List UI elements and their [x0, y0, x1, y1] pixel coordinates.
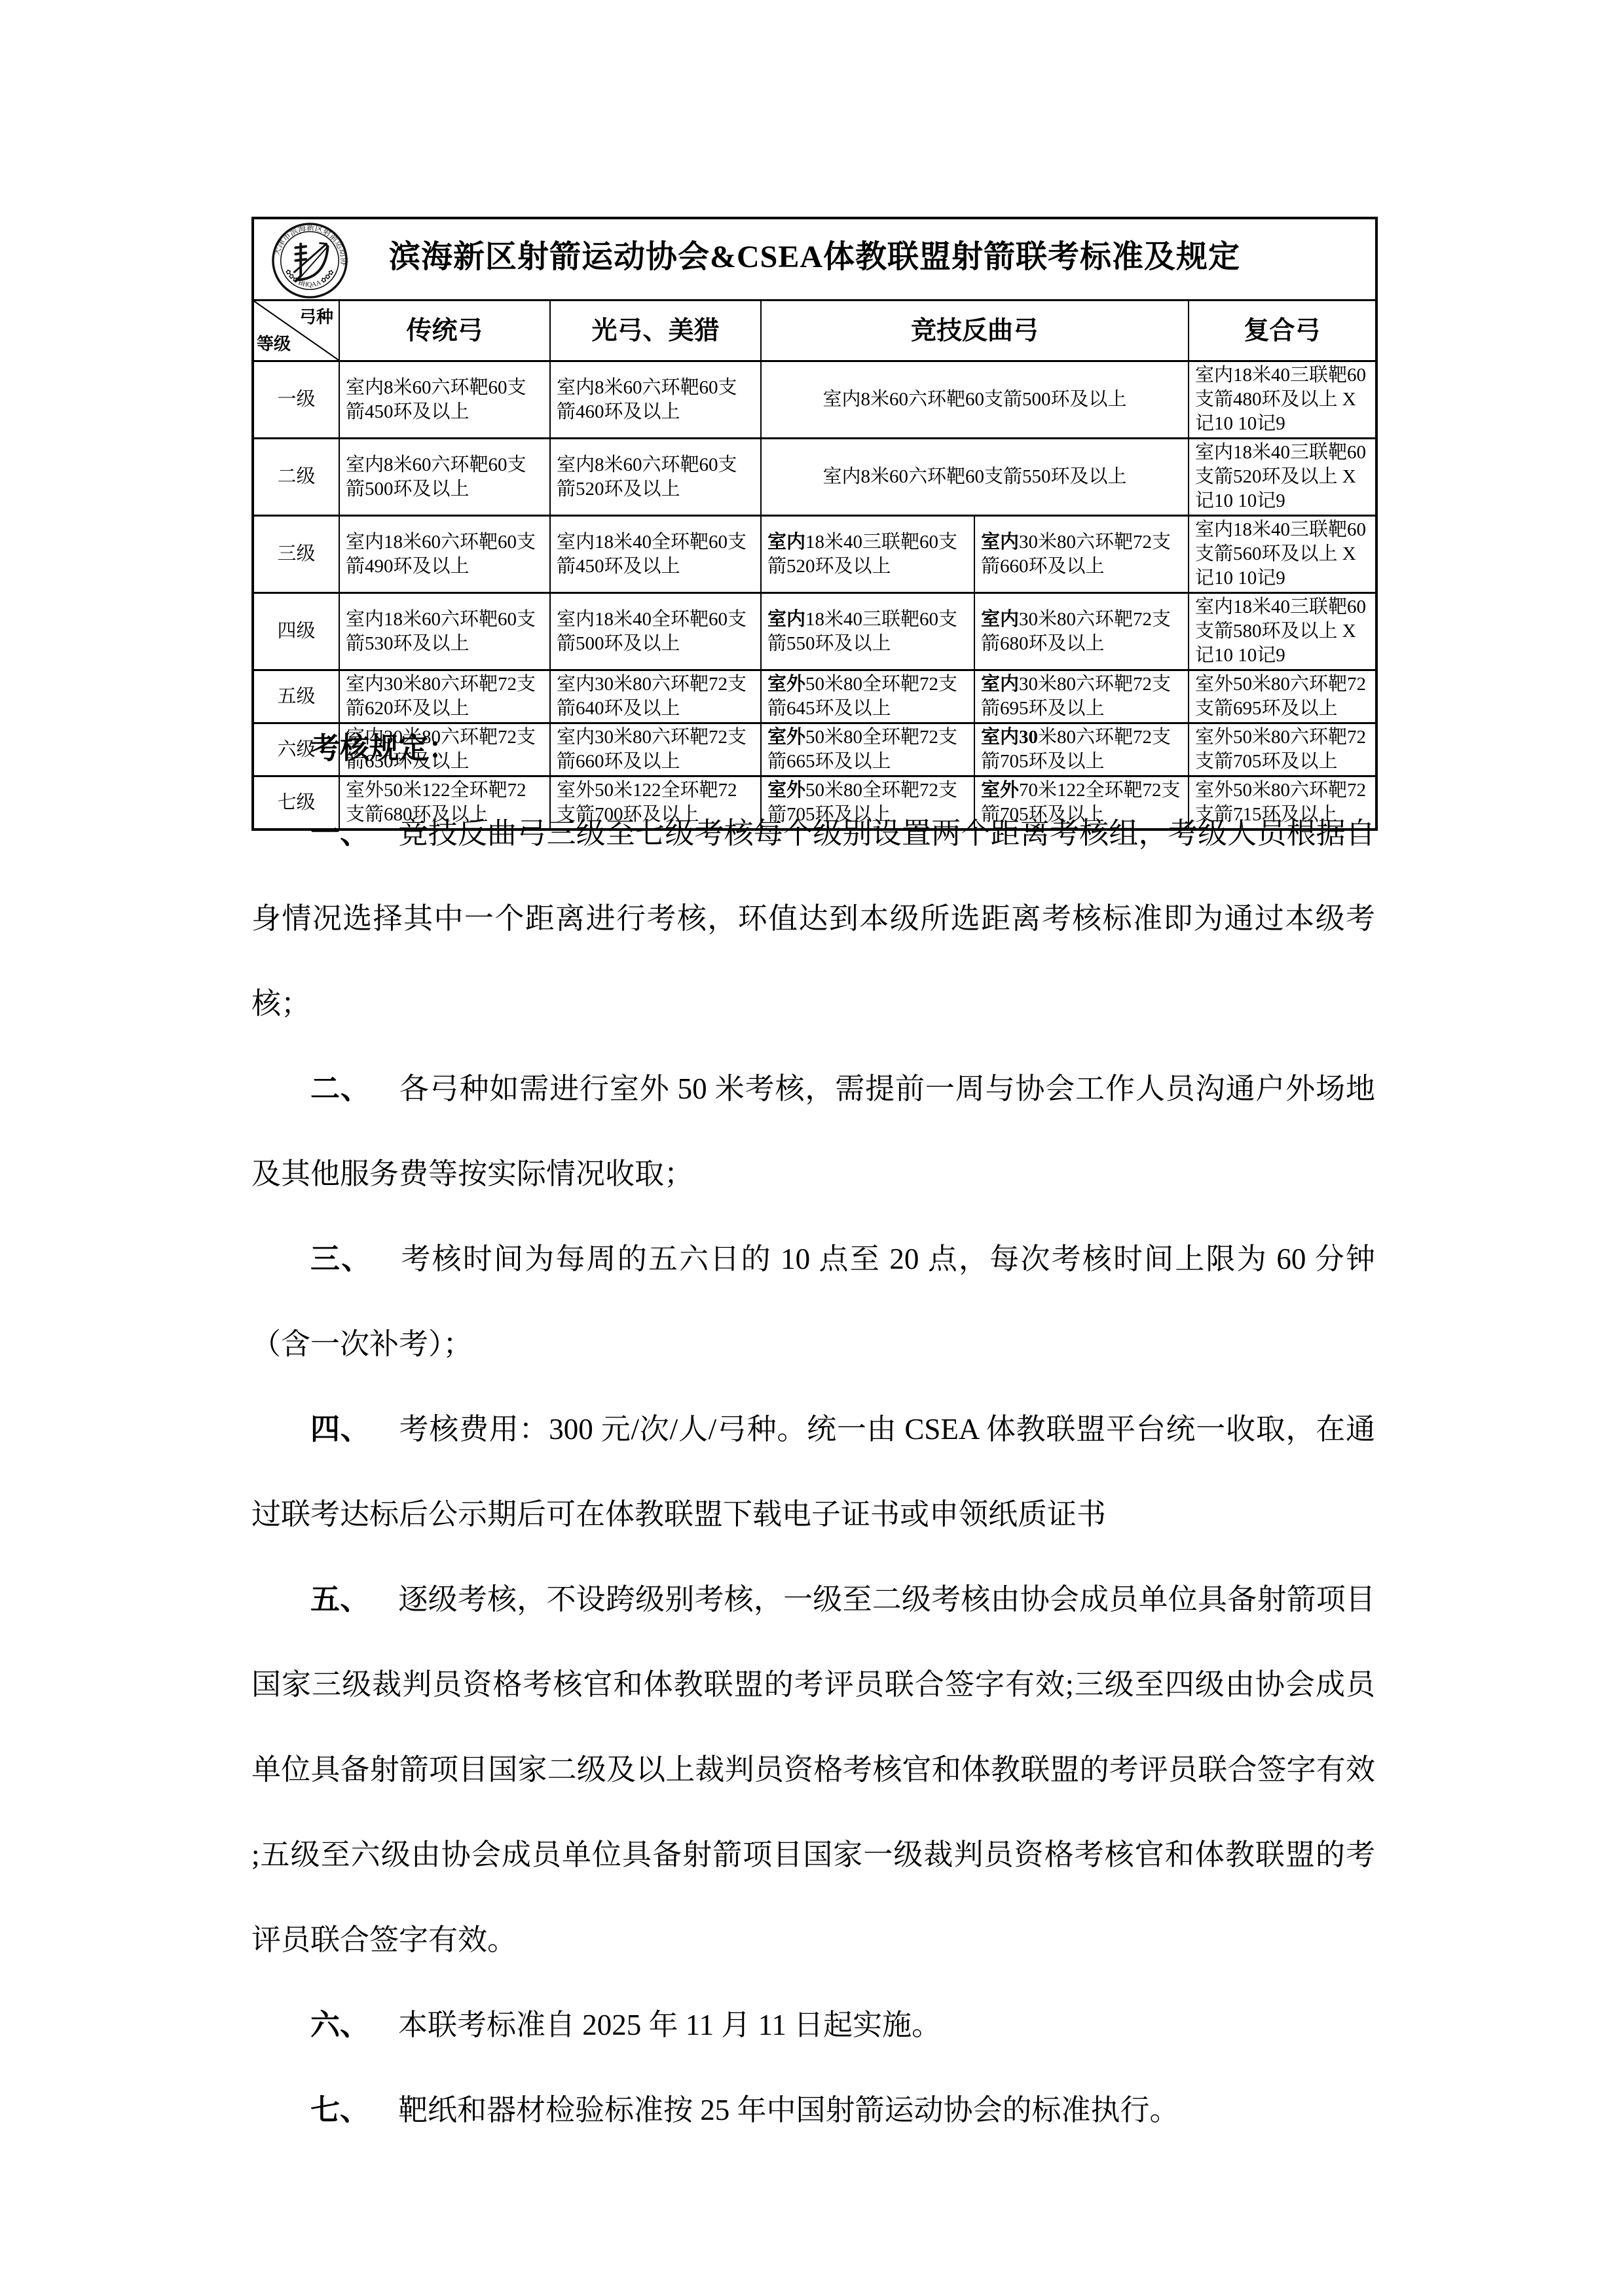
table-row-level-2: 二级 室内8米60六环靶60支箭500环及以上 室内8米60六环靶60支箭520… [253, 439, 1376, 516]
table-title-cell: 天津市滨海新区射箭运动协会 ✿✿✿ BHQAA ✿✿✿ [253, 218, 1376, 301]
item-text: 逐级考核，不设跨级别考核，一级至二级考核由协会成员单位具备射箭项目国家三级裁判员… [251, 1583, 1375, 1956]
item-number: 七、 [310, 2094, 398, 2126]
regulations-heading: 考核规定： [251, 706, 1375, 791]
recurve-option-b-cell: 室内30米80六环靶72支箭660环及以上 [974, 516, 1189, 593]
table-row-level-4: 四级 室内18米60六环靶60支箭530环及以上 室内18米40全环靶60支箭5… [253, 593, 1376, 670]
regulations-section: 考核规定： 一、竞技反曲弓三级至七级考核每个级别设置两个距离考核组，考级人员根据… [251, 706, 1375, 2153]
venue-prefix-bold: 室内 [767, 609, 805, 630]
item-number: 五、 [310, 1583, 398, 1616]
regulation-item-2: 二、各弓种如需进行室外 50 米考核，需提前一周与协会工作人员沟通户外场地及其他… [251, 1046, 1375, 1216]
regulation-item-3: 三、考核时间为每周的五六日的 10 点至 20 点，每次考核时间上限为 60 分… [251, 1216, 1375, 1387]
document-title: 滨海新区射箭运动协会&CSEA体教联盟射箭联考标准及规定 [389, 240, 1240, 274]
level-cell: 二级 [253, 439, 339, 516]
recurve-option-a-cell: 室内18米40三联靶60支箭520环及以上 [761, 516, 974, 593]
column-header-compound: 复合弓 [1189, 301, 1376, 361]
traditional-cell: 室内18米60六环靶60支箭530环及以上 [339, 593, 550, 670]
compound-cell: 室内18米40三联靶60支箭560环及以上 X记10 10记9 [1189, 516, 1376, 593]
table-title-row: 天津市滨海新区射箭运动协会 ✿✿✿ BHQAA ✿✿✿ [253, 218, 1376, 301]
document-page: 天津市滨海新区射箭运动协会 ✿✿✿ BHQAA ✿✿✿ [0, 0, 1624, 2296]
column-header-recurve: 竞技反曲弓 [761, 301, 1189, 361]
item-text: 各弓种如需进行室外 50 米考核，需提前一周与协会工作人员沟通户外场地及其他服务… [251, 1072, 1375, 1190]
table-row-level-3: 三级 室内18米60六环靶60支箭490环及以上 室内18米40全环靶60支箭4… [253, 516, 1376, 593]
recurve-cell: 室内8米60六环靶60支箭550环及以上 [761, 439, 1189, 516]
venue-prefix-bold: 室内 [981, 674, 1019, 695]
item-number: 二、 [310, 1072, 399, 1105]
item-number: 四、 [310, 1413, 399, 1446]
item-text: 本联考标准自 2025 年 11 月 11 日起实施。 [398, 2009, 941, 2041]
recurve-option-a-cell: 室内18米40三联靶60支箭550环及以上 [761, 593, 974, 670]
recurve-option-b-cell: 室内30米80六环靶72支箭680环及以上 [974, 593, 1189, 670]
compound-cell: 室内18米40三联靶60支箭520环及以上 X记10 10记9 [1189, 439, 1376, 516]
level-cell: 三级 [253, 516, 339, 593]
corner-label-level: 等级 [257, 332, 291, 356]
item-text: 靶纸和器材检验标准按 25 年中国射箭运动协会的标准执行。 [398, 2094, 1179, 2126]
item-number: 一、 [310, 817, 398, 850]
item-text: 考核费用：300 元/次/人/弓种。统一由 CSEA 体教联盟平台统一收取，在通… [251, 1413, 1375, 1531]
barebow-cell: 室内8米60六环靶60支箭520环及以上 [550, 439, 761, 516]
venue-prefix-bold: 室内 [981, 532, 1019, 553]
traditional-cell: 室内8米60六环靶60支箭450环及以上 [339, 361, 550, 439]
compound-cell: 室内18米40三联靶60支箭480环及以上 X记10 10记9 [1189, 361, 1376, 439]
venue-prefix-bold: 室内 [767, 532, 805, 553]
barebow-cell: 室内18米40全环靶60支箭450环及以上 [550, 516, 761, 593]
archer-bow-icon [294, 243, 327, 281]
item-number: 六、 [310, 2009, 398, 2041]
regulation-item-1: 一、竞技反曲弓三级至七级考核每个级别设置两个距离考核组，考级人员根据自身情况选择… [251, 791, 1375, 1046]
regulation-item-7: 七、靶纸和器材检验标准按 25 年中国射箭运动协会的标准执行。 [251, 2068, 1375, 2153]
regulation-item-5: 五、逐级考核，不设跨级别考核，一级至二级考核由协会成员单位具备射箭项目国家三级裁… [251, 1557, 1375, 1982]
barebow-cell: 室内8米60六环靶60支箭460环及以上 [550, 361, 761, 439]
table-header-row: 弓种 等级 传统弓 光弓、美猎 竞技反曲弓 复合弓 [253, 301, 1376, 361]
item-number: 三、 [310, 1243, 401, 1275]
column-header-traditional: 传统弓 [339, 301, 550, 361]
association-seal-logo: 天津市滨海新区射箭运动协会 ✿✿✿ BHQAA ✿✿✿ [271, 222, 348, 299]
compound-cell: 室内18米40三联靶60支箭580环及以上 X记10 10记9 [1189, 593, 1376, 670]
item-text: 考核时间为每周的五六日的 10 点至 20 点，每次考核时间上限为 60 分钟（… [251, 1243, 1375, 1360]
corner-label-bowtype: 弓种 [299, 305, 333, 329]
level-cell: 四级 [253, 593, 339, 670]
traditional-cell: 室内18米60六环靶60支箭490环及以上 [339, 516, 550, 593]
venue-prefix-bold: 室内 [981, 609, 1019, 630]
column-header-barebow: 光弓、美猎 [550, 301, 761, 361]
level-cell: 一级 [253, 361, 339, 439]
regulation-item-4: 四、考核费用：300 元/次/人/弓种。统一由 CSEA 体教联盟平台统一收取，… [251, 1387, 1375, 1557]
corner-header-cell: 弓种 等级 [253, 301, 339, 361]
regulation-item-6: 六、本联考标准自 2025 年 11 月 11 日起实施。 [251, 1982, 1375, 2068]
recurve-cell: 室内8米60六环靶60支箭500环及以上 [761, 361, 1189, 439]
venue-prefix-bold: 室外 [767, 674, 805, 695]
barebow-cell: 室内18米40全环靶60支箭500环及以上 [550, 593, 761, 670]
table-row-level-1: 一级 室内8米60六环靶60支箭450环及以上 室内8米60六环靶60支箭460… [253, 361, 1376, 439]
item-text: 竞技反曲弓三级至七级考核每个级别设置两个距离考核组，考级人员根据自身情况选择其中… [251, 817, 1375, 1020]
traditional-cell: 室内8米60六环靶60支箭500环及以上 [339, 439, 550, 516]
